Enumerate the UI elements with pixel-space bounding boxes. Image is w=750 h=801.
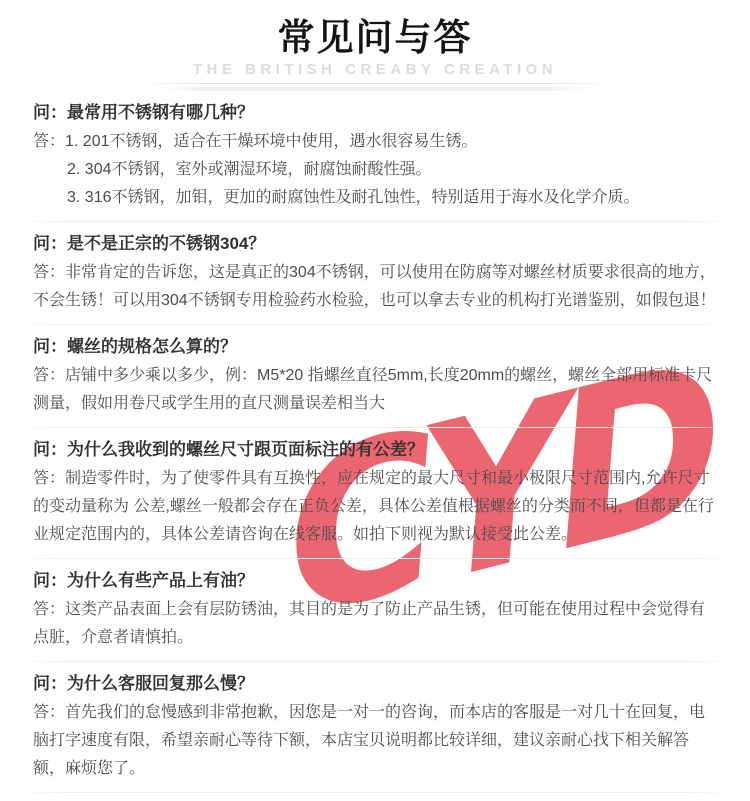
question-line: 问：为什么客服回复那么慢？	[33, 671, 717, 697]
answer-line: 答：1. 201不锈钢，适合在干燥环境中使用，遇水很容易生锈。	[33, 128, 717, 156]
question-prefix: 问：	[33, 674, 67, 693]
fine-print-line	[160, 87, 590, 91]
answer-text: 非常肯定的告诉您，这是真正的304不锈钢，可以使用在防腐等对螺丝材质要求很高的地…	[33, 264, 716, 309]
qa-block: 问：为什么我收到的螺丝尺寸跟页面标注的有公差？ 答：制造零件时，为了使零件具有互…	[0, 428, 750, 558]
question-text: 为什么我收到的螺丝尺寸跟页面标注的有公差？	[67, 440, 424, 459]
page-header: 常见问与答 THE BRITISH CREABY CREATION	[0, 0, 750, 91]
answer-prefix: 答：	[33, 470, 65, 487]
answer-text: 首先我们的怠慢感到非常抱歉，因您是一对一的咨询，而本店的客服是一对几十在回复，电…	[33, 704, 705, 777]
answer-text: 这类产品表面上会有层防锈油，其目的是为了防止产品生锈，但可能在使用过程中会觉得有…	[33, 601, 705, 646]
question-line: 问：为什么有些产品上有油？	[33, 568, 717, 594]
question-text: 螺丝的规格怎么算的？	[67, 337, 237, 356]
answer-prefix: 答：	[33, 133, 65, 150]
answer: 答：制造零件时，为了使零件具有互换性，应在规定的最大尺寸和最小极限尺寸范围内,允…	[33, 465, 717, 549]
answer-text: 制造零件时，为了使零件具有互换性，应在规定的最大尺寸和最小极限尺寸范围内,允许尺…	[33, 470, 714, 543]
answer-prefix: 答：	[33, 264, 65, 281]
question-prefix: 问：	[33, 337, 67, 356]
answer: 答：非常肯定的告诉您，这是真正的304不锈钢，可以使用在防腐等对螺丝材质要求很高…	[33, 259, 717, 315]
qa-block: 问：为什么有些产品上有油？ 答：这类产品表面上会有层防锈油，其目的是为了防止产品…	[0, 559, 750, 661]
qa-block: 问：螺丝的规格怎么算的？ 答：店铺中多少乘以多少，例：M5*20 指螺丝直径5m…	[0, 325, 750, 427]
answer-line: 答：非常肯定的告诉您，这是真正的304不锈钢，可以使用在防腐等对螺丝材质要求很高…	[33, 259, 717, 315]
question-prefix: 问：	[33, 234, 67, 253]
answer-line: 答：制造零件时，为了使零件具有互换性，应在规定的最大尺寸和最小极限尺寸范围内,允…	[33, 465, 717, 549]
answer-line: 3. 316不锈钢，加钼，更加的耐腐蚀性及耐孔蚀性，特别适用于海水及化学介质。	[33, 184, 717, 212]
answer: 答：店铺中多少乘以多少，例：M5*20 指螺丝直径5mm,长度20mm的螺丝，螺…	[33, 362, 717, 418]
question-line: 问：最常用不锈钢有哪几种？	[33, 100, 717, 126]
qa-block: 问：为什么客服回复那么慢？ 答：首先我们的怠慢感到非常抱歉，因您是一对一的咨询，…	[0, 662, 750, 792]
answer-line: 答：店铺中多少乘以多少，例：M5*20 指螺丝直径5mm,长度20mm的螺丝，螺…	[33, 362, 717, 418]
question-text: 最常用不锈钢有哪几种？	[67, 103, 254, 122]
question-prefix: 问：	[33, 103, 67, 122]
page-title: 常见问与答	[0, 16, 750, 60]
question-text: 是不是正宗的不锈钢304？	[67, 234, 265, 253]
question-line: 问：螺丝的规格怎么算的？	[33, 334, 717, 360]
question-line: 问：是不是正宗的不锈钢304？	[33, 231, 717, 257]
question-prefix: 问：	[33, 440, 67, 459]
qa-block: 问：最常用不锈钢有哪几种？ 答：1. 201不锈钢，适合在干燥环境中使用，遇水很…	[0, 91, 750, 221]
answer-line: 2. 304不锈钢，室外或潮湿环境，耐腐蚀耐酸性强。	[33, 156, 717, 184]
section-divider	[20, 792, 730, 793]
answer-prefix: 答：	[33, 367, 65, 384]
question-text: 为什么有些产品上有油？	[67, 571, 254, 590]
answer-text: 1. 201不锈钢，适合在干燥环境中使用，遇水很容易生锈。	[65, 133, 478, 150]
answer: 答：首先我们的怠慢感到非常抱歉，因您是一对一的咨询，而本店的客服是一对几十在回复…	[33, 699, 717, 783]
qa-block: 问：是不是正宗的不锈钢304？ 答：非常肯定的告诉您，这是真正的304不锈钢，可…	[0, 222, 750, 324]
answer-text: 店铺中多少乘以多少，例：M5*20 指螺丝直径5mm,长度20mm的螺丝，螺丝全…	[33, 367, 712, 412]
answer: 答：这类产品表面上会有层防锈油，其目的是为了防止产品生锈，但可能在使用过程中会觉…	[33, 596, 717, 652]
answer: 答：1. 201不锈钢，适合在干燥环境中使用，遇水很容易生锈。 2. 304不锈…	[33, 128, 717, 212]
answer-line: 答：首先我们的怠慢感到非常抱歉，因您是一对一的咨询，而本店的客服是一对几十在回复…	[33, 699, 717, 783]
answer-prefix: 答：	[33, 601, 65, 618]
answer-line: 答：这类产品表面上会有层防锈油，其目的是为了防止产品生锈，但可能在使用过程中会觉…	[33, 596, 717, 652]
page-subtitle: THE BRITISH CREABY CREATION	[0, 61, 750, 79]
answer-prefix: 答：	[33, 704, 65, 721]
subtitle-divider	[140, 83, 610, 84]
question-text: 为什么客服回复那么慢？	[67, 674, 254, 693]
question-prefix: 问：	[33, 571, 67, 590]
faq-list: 问：最常用不锈钢有哪几种？ 答：1. 201不锈钢，适合在干燥环境中使用，遇水很…	[0, 91, 750, 793]
question-line: 问：为什么我收到的螺丝尺寸跟页面标注的有公差？	[33, 437, 717, 463]
